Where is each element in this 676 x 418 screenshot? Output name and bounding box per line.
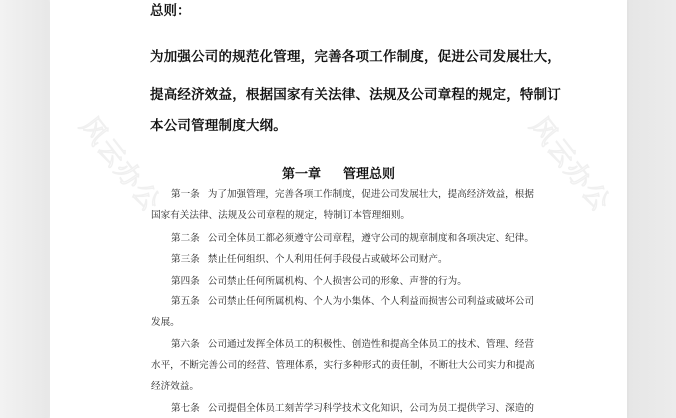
article-label: 第一条 xyxy=(171,189,200,201)
article-text: 公司提倡全体员工刻苦学习科学技术文化知识，公司为员工提供学习、深造的 xyxy=(208,403,534,414)
article-6-continued: 水平，不断完善公司的经营、管理体系，实行多种形式的责任制，不断壮大公司实力和提高 xyxy=(151,360,535,372)
article-7: 第七条公司提倡全体员工刻苦学习科学技术文化知识，公司为员工提供学习、深造的 xyxy=(151,403,534,415)
article-text: 公司禁止任何所属机构、个人损害公司的形象、声誉的行为。 xyxy=(208,276,467,287)
intro-line: 为加强公司的规范化管理，完善各项工作制度，促进公司发展壮大， xyxy=(150,48,561,66)
intro-line: 本公司管理制度大纲。 xyxy=(150,117,287,135)
article-text: 禁止任何组织、个人利用任何手段侵占或破坏公司财产。 xyxy=(208,254,448,265)
article-1-continued: 国家有关法律、法规及公司章程的规定，特制订本管理细则。 xyxy=(151,210,410,222)
document-viewer: 风云办公 风云办公 总则： 为加强公司的规范化管理，完善各项工作制度，促进公司发… xyxy=(0,0,676,418)
article-label: 第五条 xyxy=(171,296,200,308)
article-5-continued: 发展。 xyxy=(151,317,180,329)
intro-line: 提高经济效益，根据国家有关法律、法规及公司章程的规定，特制订 xyxy=(150,86,561,104)
article-text: 公司全体员工都必须遵守公司章程，遵守公司的规章制度和各项决定、纪律。 xyxy=(208,233,534,244)
article-label: 第七条 xyxy=(171,403,200,415)
article-5: 第五条公司禁止任何所属机构、个人为小集体、个人利益而损害公司利益或破坏公司 xyxy=(151,296,534,308)
chapter-title: 第一章管理总则 xyxy=(50,163,627,182)
intro-heading: 总则： xyxy=(150,2,191,20)
article-4: 第四条公司禁止任何所属机构、个人损害公司的形象、声誉的行为。 xyxy=(151,276,467,288)
article-text: 为了加强管理，完善各项工作制度，促进公司发展壮大，提高经济效益，根据 xyxy=(208,189,534,200)
chapter-name: 管理总则 xyxy=(343,167,395,182)
article-6-continued: 经济效益。 xyxy=(151,381,199,393)
article-3: 第三条禁止任何组织、个人利用任何手段侵占或破坏公司财产。 xyxy=(151,254,448,266)
article-text: 公司禁止任何所属机构、个人为小集体、个人利益而损害公司利益或破坏公司 xyxy=(208,296,534,307)
article-label: 第四条 xyxy=(171,276,200,288)
document-page: 风云办公 风云办公 总则： 为加强公司的规范化管理，完善各项工作制度，促进公司发… xyxy=(50,0,627,418)
article-text: 公司通过发挥全体员工的积极性、创造性和提高全体员工的技术、管理、经营 xyxy=(208,339,534,350)
article-1: 第一条为了加强管理，完善各项工作制度，促进公司发展壮大，提高经济效益，根据 xyxy=(151,189,534,201)
article-label: 第二条 xyxy=(171,233,200,245)
chapter-number: 第一章 xyxy=(282,167,321,182)
article-label: 第六条 xyxy=(171,339,200,351)
article-2: 第二条公司全体员工都必须遵守公司章程，遵守公司的规章制度和各项决定、纪律。 xyxy=(151,233,534,245)
article-label: 第三条 xyxy=(171,254,200,266)
article-6: 第六条公司通过发挥全体员工的积极性、创造性和提高全体员工的技术、管理、经营 xyxy=(151,339,534,351)
